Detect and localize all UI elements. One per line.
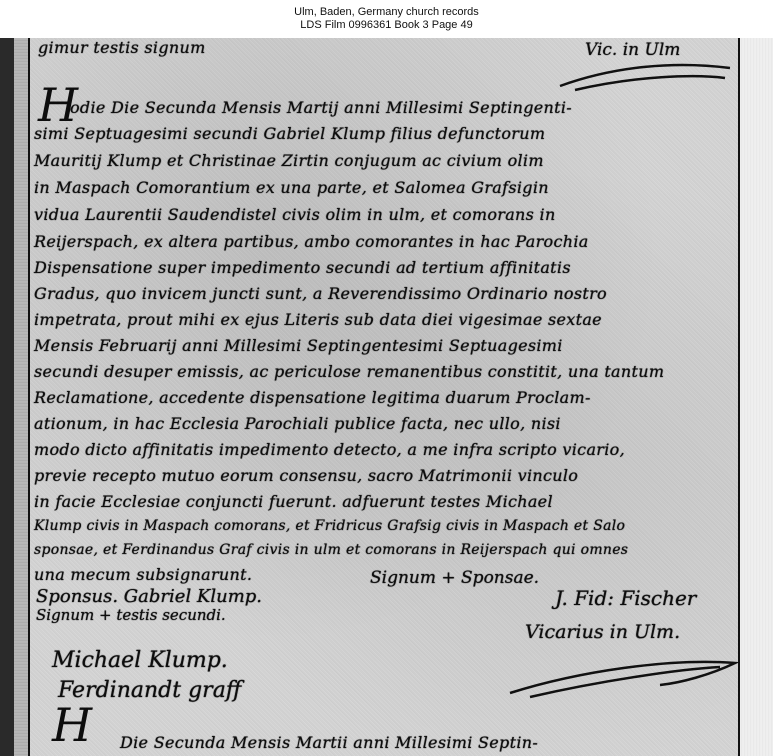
record-line-2: simi Septuagesimi secundi Gabriel Klump … [34, 124, 545, 143]
left-margin-rule [28, 38, 30, 756]
record-line-13: ationum, in hac Ecclesia Parochiali publ… [34, 414, 561, 433]
right-margin-rule [738, 38, 740, 756]
record-line-5: vidua Laurentii Saudendistel civis olim … [34, 205, 556, 224]
record-line-8: Gradus, quo invicem juncti sunt, a Rever… [34, 284, 607, 303]
record-line-6: Reijerspach, ex altera partibus, ambo co… [34, 232, 589, 251]
record-line-19: una mecum subsignarunt. [34, 565, 252, 584]
scanned-record-image: gimur testis signum Vic. in Ulm H odie D… [0, 38, 773, 756]
page-header: Ulm, Baden, Germany church records LDS F… [0, 0, 773, 38]
film-edge [0, 38, 14, 756]
page-edge [14, 38, 28, 756]
witness-mark: Signum + testis secundi. [36, 606, 226, 624]
right-margin [740, 38, 773, 756]
record-line-11: secundi desuper emissis, ac periculose r… [34, 362, 664, 381]
vicar-title: Vicarius in Ulm. [525, 621, 680, 643]
film-reference: LDS Film 0996361 Book 3 Page 49 [0, 19, 773, 32]
record-line-9: impetrata, prout mihi ex ejus Literis su… [34, 310, 602, 329]
record-line-10: Mensis Februarij anni Millesimi Septinge… [34, 336, 563, 355]
next-entry-initial: H [52, 698, 92, 752]
carryover-line: gimur testis signum [38, 38, 206, 57]
record-line-1: odie Die Secunda Mensis Martij anni Mill… [70, 98, 572, 117]
witness1-signature: Michael Klump. [52, 648, 228, 673]
record-line-17: Klump civis in Maspach comorans, et Frid… [34, 518, 625, 534]
record-line-15: previe recepto mutuo eorum consensu, sac… [34, 466, 578, 485]
groom-signature: Sponsus. Gabriel Klump. [36, 586, 262, 607]
vicar-signature-name: J. Fid: Fischer [555, 586, 696, 610]
record-line-7: Dispensatione super impedimento secundi … [34, 258, 571, 277]
record-line-4: in Maspach Comorantium ex una parte, et … [34, 178, 549, 197]
record-line-3: Mauritij Klump et Christinae Zirtin conj… [34, 151, 544, 170]
record-title: Ulm, Baden, Germany church records [0, 6, 773, 19]
flourish-icon [555, 56, 735, 96]
record-line-18: sponsae, et Ferdinandus Graf civis in ul… [34, 542, 628, 558]
record-line-12: Reclamatione, accedente dispensatione le… [34, 388, 591, 407]
vicar-flourish-icon [500, 653, 740, 703]
next-entry-line: Die Secunda Mensis Martii anni Millesimi… [120, 733, 538, 752]
record-line-16: in facie Ecclesiae conjuncti fuerunt. ad… [34, 492, 553, 511]
record-line-14: modo dicto affinitatis impedimento detec… [34, 440, 625, 459]
bride-mark: Signum + Sponsae. [370, 568, 539, 588]
